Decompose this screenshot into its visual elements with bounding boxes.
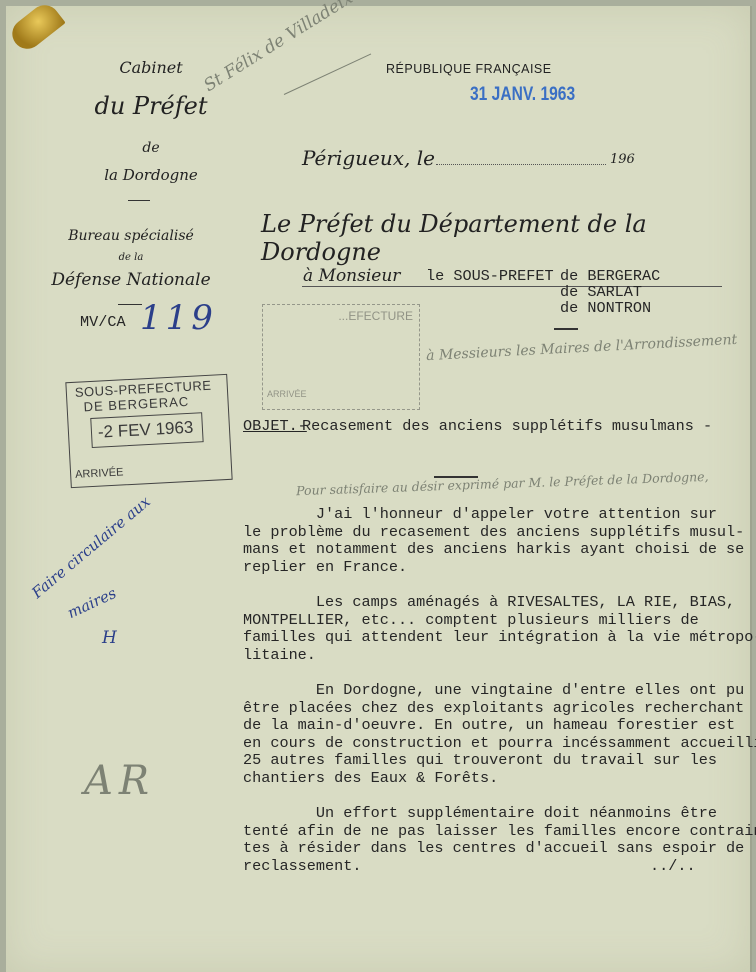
- year-prefix: 196: [610, 152, 635, 167]
- place-date-label: Périgueux, le: [302, 146, 435, 170]
- date-line: [436, 164, 606, 165]
- blue-note-circulaire: Faire circulaire aux: [28, 492, 154, 601]
- cabinet-line1: Cabinet: [96, 58, 206, 77]
- cabinet-line4: la Dordogne: [66, 166, 236, 184]
- continuation-marker: ../..: [650, 858, 696, 876]
- reference-prefix: MV/CA: [80, 314, 126, 332]
- subject-label: OBJET.-: [243, 418, 307, 436]
- recipient-nontron: de NONTRON: [560, 300, 651, 318]
- bureau-line3: Défense Nationale: [36, 270, 226, 290]
- pencil-note-maires: à Messieurs les Maires de l'Arrondisseme…: [426, 332, 738, 364]
- letter-body: J'ai l'honneur d'appeler votre attention…: [243, 506, 756, 875]
- bureau-line2: de la: [96, 252, 166, 263]
- letter-page: Cabinet du Préfet de la Dordogne Bureau …: [6, 6, 752, 972]
- paper-clip-icon: [6, 0, 65, 55]
- address-rule: [302, 286, 722, 287]
- reference-number: 119: [140, 298, 217, 338]
- bureau-line1: Bureau spécialisé: [46, 228, 216, 244]
- blue-initials: H: [102, 628, 117, 648]
- cabinet-line2: du Préfet: [61, 92, 241, 120]
- pencil-note-objet: Pour satisfaire au désir exprimé par M. …: [296, 469, 709, 498]
- ornament-divider: [128, 200, 150, 201]
- sender-heading: Le Préfet du Département de la Dordogne: [261, 210, 750, 266]
- date-received-stamp: 31 JANV. 1963: [470, 84, 575, 106]
- republic-heading: RÉPUBLIQUE FRANÇAISE: [386, 62, 552, 76]
- subject-text: Recasement des anciens supplétifs musulm…: [302, 418, 712, 436]
- bergerac-arrival-stamp: SOUS-PREFECTURE DE BERGERAC -2 FEV 1963 …: [65, 374, 232, 488]
- body-paragraph: J'ai l'honneur d'appeler votre attention…: [243, 506, 756, 576]
- addressee-prefix: à Monsieur: [303, 266, 400, 286]
- addressee-title: le SOUS-PREFET: [426, 268, 554, 286]
- body-paragraph: En Dordogne, une vingtaine d'entre elles…: [243, 682, 756, 788]
- bergerac-stamp-date: -2 FEV 1963: [91, 413, 202, 443]
- rule-short: [554, 328, 578, 330]
- cabinet-line3: de: [96, 140, 206, 156]
- pencil-initials-ar: AR: [84, 758, 155, 804]
- ornament-divider: [118, 304, 142, 305]
- blue-note-maires: maires: [65, 584, 119, 622]
- pencil-note-village: St Félix de Villadeix: [200, 0, 356, 96]
- faint-arrival-stamp: ...EFECTURE ARRIVÉE: [262, 304, 420, 410]
- body-paragraph: Les camps aménagés à RIVESALTES, LA RIE,…: [243, 594, 756, 664]
- pencil-stroke: [284, 53, 371, 94]
- rule-short: [434, 476, 478, 478]
